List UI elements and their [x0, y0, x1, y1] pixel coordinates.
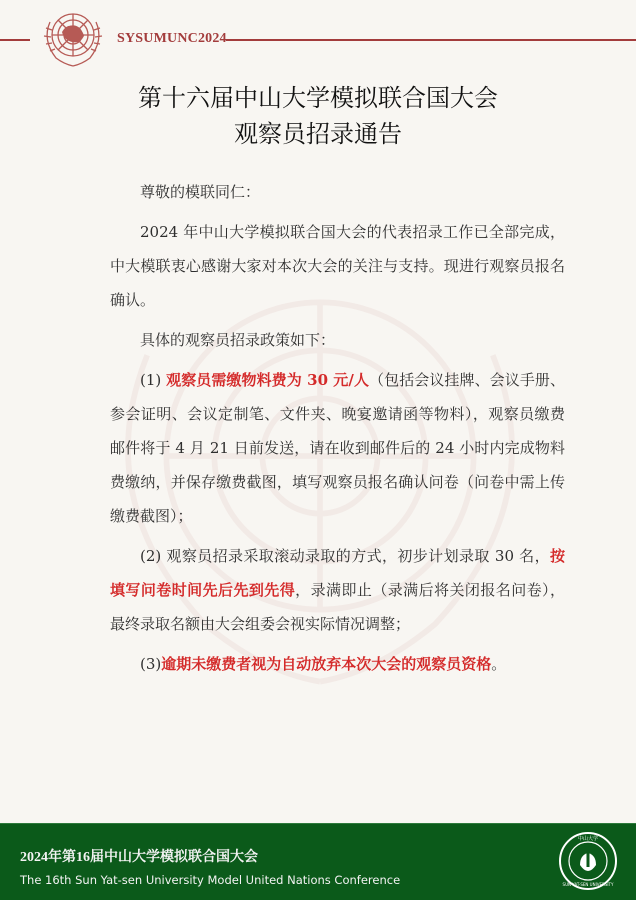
policy-item-1: (1) 观察员需缴物料费为 30 元/人（包括会议挂牌、会议手册、参会证明、会议… [110, 363, 565, 533]
footer-title-cn: 2024年第16届中山大学模拟联合国大会 [20, 846, 258, 866]
header-rule-left [0, 39, 30, 41]
page-title: 第十六届中山大学模拟联合国大会 观察员招录通告 [0, 80, 636, 152]
item-text: （包括会议挂牌、会议手册、参会证明、会议定制笔、文件夹、晚宴邀请函等物料），观察… [110, 371, 565, 525]
item-number: (3) [140, 655, 161, 673]
item-text: 观察员招录采取滚动录取的方式，初步计划录取 30 名， [166, 547, 550, 565]
sysu-emblem-icon: 中山大学 SUN YAT-SEN UNIVERSITY [558, 831, 618, 891]
conference-brand: SYSUMUNC2024 [117, 31, 227, 47]
un-emblem-icon [38, 6, 108, 70]
salutation: 尊敬的模联同仁： [110, 175, 565, 209]
item-number: (1) [140, 371, 166, 389]
svg-text:SUN YAT-SEN UNIVERSITY: SUN YAT-SEN UNIVERSITY [563, 882, 614, 887]
footer-title-en: The 16th Sun Yat-sen University Model Un… [20, 873, 400, 887]
forfeit-highlight: 逾期未缴费者视为自动放弃本次大会的观察员资格 [161, 655, 491, 673]
intro-paragraph: 2024 年中山大学模拟联合国大会的代表招录工作已全部完成，中大模联衷心感谢大家… [110, 215, 565, 317]
title-line-2: 观察员招录通告 [0, 116, 636, 152]
item-text: 。 [491, 655, 506, 673]
fee-highlight: 观察员需缴物料费为 30 元/人 [166, 371, 369, 389]
policy-heading: 具体的观察员招录政策如下： [110, 323, 565, 357]
notice-body: 尊敬的模联同仁： 2024 年中山大学模拟联合国大会的代表招录工作已全部完成，中… [110, 175, 565, 687]
footer-banner: 2024年第16届中山大学模拟联合国大会 The 16th Sun Yat-se… [0, 823, 636, 900]
item-number: (2) [140, 547, 166, 565]
title-line-1: 第十六届中山大学模拟联合国大会 [0, 80, 636, 116]
policy-item-3: (3)逾期未缴费者视为自动放弃本次大会的观察员资格。 [110, 647, 565, 681]
svg-text:中山大学: 中山大学 [578, 835, 598, 842]
policy-item-2: (2) 观察员招录采取滚动录取的方式，初步计划录取 30 名，按填写问卷时间先后… [110, 539, 565, 641]
header-rule-right [226, 39, 636, 41]
